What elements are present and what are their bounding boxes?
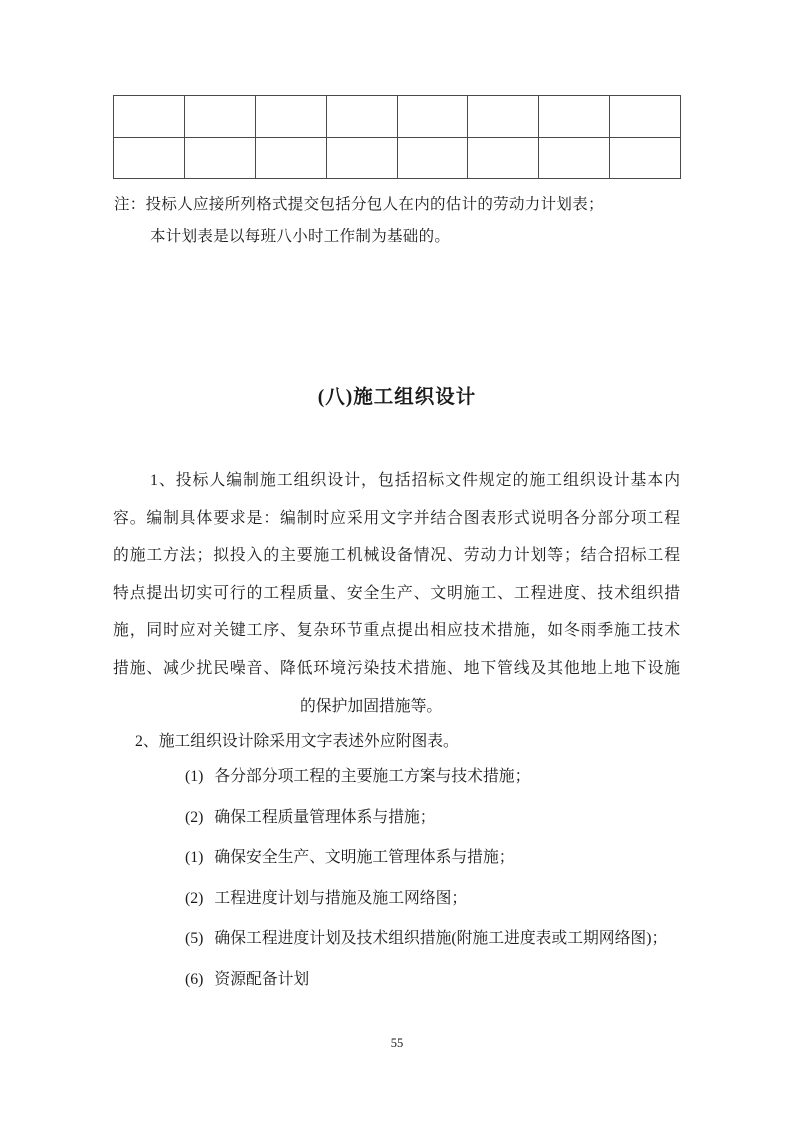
table-cell [114,138,185,179]
list-item-text: 各分部分项工程的主要施工方案与技术措施； [214,768,530,785]
table-cell [468,138,539,179]
list-item: (5)确保工程进度计划及技术组织措施(附施工进度表或工期网络图)； [185,919,705,960]
paragraph-1-line: 1、投标人编制施工组织设计，包括招标文件规定的施工组织设计基本内 [113,462,680,500]
table-cell [468,96,539,138]
paragraph-1-line: 施，同时应对关键工序、复杂环节重点提出相应技术措施，如冬雨季施工技术 [113,612,680,650]
table-cell [326,138,397,179]
list-item-text: 资源配备计划 [214,971,309,988]
document-page: 注：投标人应接所列格式提交包括分包人在内的估计的劳动力计划表； 本计划表是以每班… [0,0,794,1122]
list-item-number: (2) [185,890,203,907]
table-cell [397,96,468,138]
list-item-text: 工程进度计划与措施及施工网络图； [214,890,467,907]
attachment-list: (1)各分部分项工程的主要施工方案与技术措施； (2)确保工程质量管理体系与措施… [185,757,705,1000]
table-note-line-1: 注：投标人应接所列格式提交包括分包人在内的估计的劳动力计划表； [114,192,604,214]
table-cell [255,96,326,138]
list-item: (2)工程进度计划与措施及施工网络图； [185,879,705,920]
table-cell [184,96,255,138]
list-item-number: (6) [185,971,203,988]
table-cell [326,96,397,138]
list-item: (6)资源配备计划 [185,960,705,1001]
labor-plan-table-body [114,96,681,179]
list-item-text: 确保工程进度计划及技术组织措施(附施工进度表或工期网络图)； [214,930,667,947]
table-row [114,138,681,179]
table-cell [397,138,468,179]
list-item-number: (1) [185,849,203,866]
labor-plan-table [113,95,681,179]
table-cell [184,138,255,179]
table-cell [114,96,185,138]
table-cell [539,96,610,138]
paragraph-1-line: 特点提出切实可行的工程质量、安全生产、文明施工、工程进度、技术组织措 [113,575,680,613]
paragraph-2: 2、施工组织设计除采用文字表述外应附图表。 [135,728,459,751]
paragraph-1-line: 的保护加固措施等。 [113,688,680,726]
paragraph-1-line: 的施工方法；拟投入的主要施工机械设备情况、劳动力计划等；结合招标工程 [113,537,680,575]
table-row [114,96,681,138]
list-item: (1)各分部分项工程的主要施工方案与技术措施； [185,757,705,798]
table-note-line-2: 本计划表是以每班八小时工作制为基础的。 [150,224,450,246]
list-item: (2)确保工程质量管理体系与措施； [185,798,705,839]
list-item-number: (5) [185,930,203,947]
paragraph-1-line: 措施、减少扰民噪音、降低环境污染技术措施、地下管线及其他地上地下设施 [113,650,680,688]
list-item-text: 确保安全生产、文明施工管理体系与措施； [214,849,514,866]
table-cell [610,138,681,179]
list-item-text: 确保工程质量管理体系与措施； [214,809,435,826]
table-cell [610,96,681,138]
list-item: (1)确保安全生产、文明施工管理体系与措施； [185,838,705,879]
table-cell [539,138,610,179]
page-number: 55 [0,1036,794,1051]
list-item-number: (2) [185,809,203,826]
paragraph-1: 1、投标人编制施工组织设计，包括招标文件规定的施工组织设计基本内 容。编制具体要… [113,462,680,725]
table-cell [255,138,326,179]
section-heading: (八)施工组织设计 [0,381,794,409]
list-item-number: (1) [185,768,203,785]
paragraph-1-line: 容。编制具体要求是：编制时应采用文字并结合图表形式说明各分部分项工程 [113,500,680,538]
